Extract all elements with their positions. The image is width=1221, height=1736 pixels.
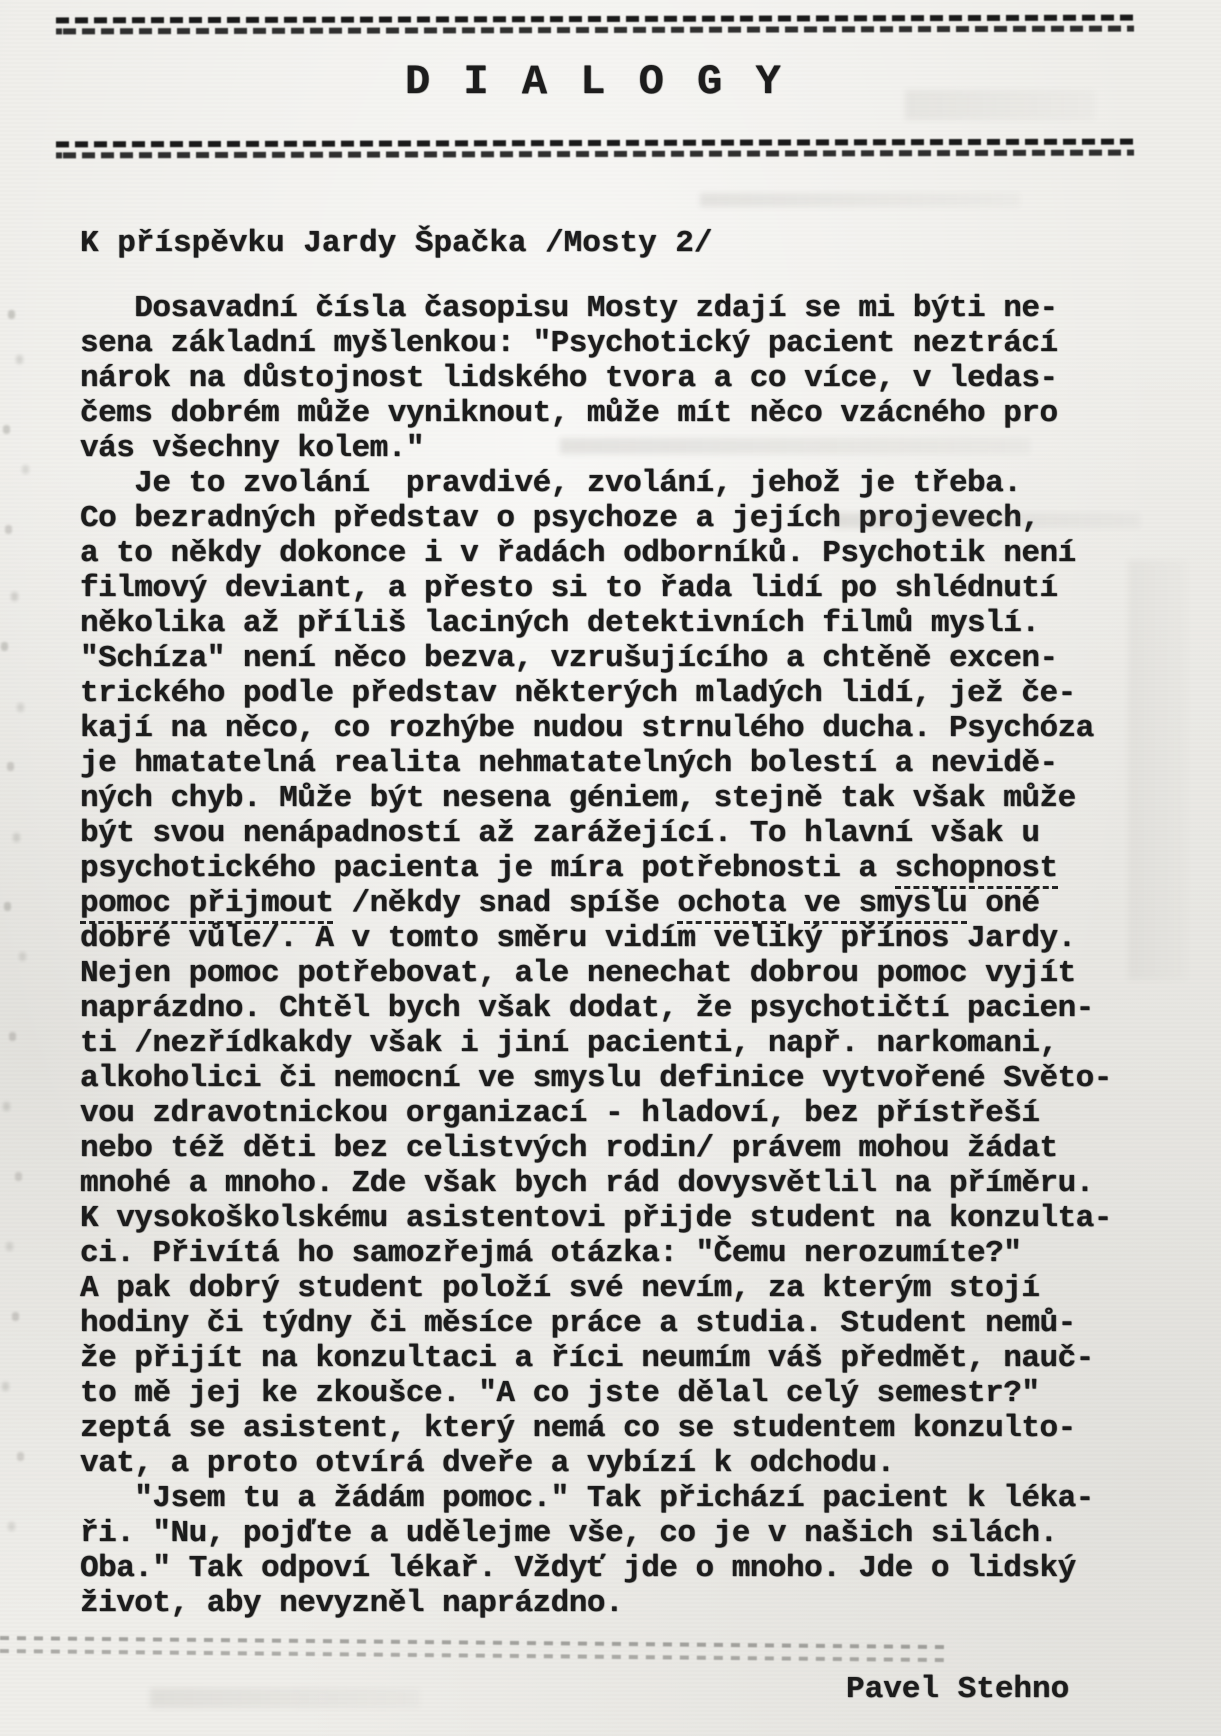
text-line: Dosavadní čísla časopisu Mosty zdají se … xyxy=(80,291,1180,326)
text-line: filmový deviant, a přesto si to řada lid… xyxy=(80,571,1180,606)
text-line: ti /nezřídkakdy však i jiní pacienti, na… xyxy=(80,1026,1180,1061)
bleed-through-smudge xyxy=(905,90,1095,120)
divider-dash-row xyxy=(56,150,1134,159)
text-line: vat, a proto otvírá dveře a vybízí k odc… xyxy=(80,1446,1180,1481)
text-line: dobré vůle/. A v tomto směru vidím velik… xyxy=(80,921,1180,956)
text-line: několika až příliš laciných detektivních… xyxy=(80,606,1180,641)
bleed-through-smudge xyxy=(560,438,1030,454)
bleed-through-smudge xyxy=(830,513,1140,528)
bleed-through-smudge xyxy=(1128,560,1188,980)
text-line: život, aby nevyzněl naprázdno. xyxy=(80,1586,1180,1621)
divider-dash-row xyxy=(0,1636,950,1649)
text-line: že přijít na konzultaci a říci neumím vá… xyxy=(80,1341,1180,1376)
text-line: je hmatatelná realita nehmatatelných bol… xyxy=(80,746,1180,781)
divider-bottom xyxy=(0,1636,950,1671)
text-line: alkoholici či nemocní ve smyslu definice… xyxy=(80,1061,1180,1096)
text-line: a to někdy dokonce i v řadách odborníků.… xyxy=(80,536,1180,571)
text-line: psychotického pacienta je míra potřebnos… xyxy=(80,851,1180,886)
divider-dash-row xyxy=(56,139,1134,148)
text-line: ři. "Nu, pojďte a udělejme vše, co je v … xyxy=(80,1516,1180,1551)
text-line: A pak dobrý student položí své nevím, za… xyxy=(80,1271,1180,1306)
text-line: nebo též děti bez celistvých rodin/ práv… xyxy=(80,1131,1180,1166)
divider-dash-row xyxy=(56,26,1134,35)
text-line: "Schíza" není něco bezva, vzrušujícího a… xyxy=(80,641,1180,676)
divider-dash-row xyxy=(0,1649,950,1662)
text-line: Nejen pomoc potřebovat, ale nenechat dob… xyxy=(80,956,1180,991)
text-line: Je to zvolání pravdivé, zvolání, jehož j… xyxy=(80,466,1180,501)
text-line: Oba." Tak odpoví lékař. Vždyť jde o mnoh… xyxy=(80,1551,1180,1586)
text-line: zeptá se asistent, který nemá co se stud… xyxy=(80,1411,1180,1446)
text-line: nárok na důstojnost lidského tvora a co … xyxy=(80,361,1180,396)
text-line: čems dobrém může vyniknout, může mít něc… xyxy=(80,396,1180,431)
divider-under-title xyxy=(56,139,1134,164)
author-signature: Pavel Stehno xyxy=(846,1672,1069,1707)
text-line: hodiny či týdny či měsíce práce a studia… xyxy=(80,1306,1180,1341)
bleed-through-smudge xyxy=(700,193,1020,207)
scan-noise-specks xyxy=(0,0,7,9)
text-line: sena základní myšlenkou: "Psychotický pa… xyxy=(80,326,1180,361)
text-line: být svou nenápadností až zarážející. To … xyxy=(80,816,1180,851)
text-line: vou zdravotnickou organizací - hladoví, … xyxy=(80,1096,1180,1131)
text-line: trického podle představ některých mladýc… xyxy=(80,676,1180,711)
divider-top xyxy=(56,15,1134,40)
article-heading: K příspěvku Jardy Špačka /Mosty 2/ xyxy=(80,226,713,261)
text-line: "Jsem tu a žádám pomoc." Tak přichází pa… xyxy=(80,1481,1180,1516)
text-line: naprázdno. Chtěl bych však dodat, že psy… xyxy=(80,991,1180,1026)
text-line: mnohé a mnoho. Zde však bych rád dovysvě… xyxy=(80,1166,1180,1201)
divider-dash-row xyxy=(56,15,1134,24)
body-text: Dosavadní čísla časopisu Mosty zdají se … xyxy=(80,291,1180,1621)
text-line: K vysokoškolskému asistentovi přijde stu… xyxy=(80,1201,1180,1236)
text-line: kají na něco, co rozhýbe nudou strnulého… xyxy=(80,711,1180,746)
text-line: to mě jej ke zkoušce. "A co jste dělal c… xyxy=(80,1376,1180,1411)
text-line: ných chyb. Může být nesena géniem, stejn… xyxy=(80,781,1180,816)
text-line: pomoc přijmout /někdy snad spíše ochota … xyxy=(80,886,1180,921)
bleed-through-smudge xyxy=(150,1688,420,1708)
page-title: D I A L O G Y xyxy=(405,58,785,106)
text-line: ci. Přivítá ho samozřejmá otázka: "Čemu … xyxy=(80,1236,1180,1271)
scanned-document-page: D I A L O G Y K příspěvku Jardy Špačka /… xyxy=(0,0,1221,1736)
